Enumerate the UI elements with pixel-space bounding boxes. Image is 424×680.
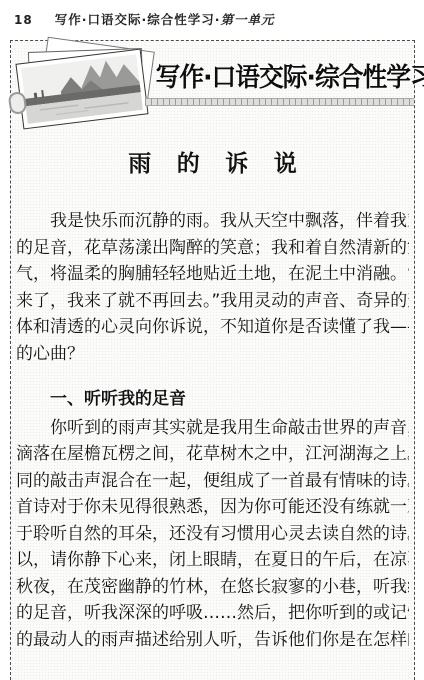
paragraph-line: 的足音，花草荡漾出陶醉的笑意；我和着自然清新的空 [16,235,409,262]
paragraph-line: 同的敲击声混合在一起，便组成了一首最有情味的诗。这 [16,468,409,495]
lesson-title: 雨 的 诉 说 [11,145,414,178]
paragraph-line: 体和清透的心灵向你诉说，不知道你是否读懂了我——雨 [16,314,409,341]
worksheet-page: 写作·口语交际·综合性学习 雨 的 诉 说 我是快乐而沉静的雨。我从天空中飘落，… [10,40,415,636]
paragraph-intro: 我是快乐而沉静的雨。我从天空中飘落，伴着我欢快 的足音，花草荡漾出陶醉的笑意；我… [16,208,409,367]
paragraph-line: 来了，我来了就不再回去。”我用灵动的声音、奇异的形 [16,288,409,315]
paragraph-line: 首诗对于你未见得很熟悉，因为你可能还没有练就一对善 [16,494,409,521]
banner-photo-stack [15,44,157,128]
paragraph-line: 秋夜，在茂密幽静的竹林，在悠长寂寥的小巷，听我纤细 [16,574,409,601]
paragraph-line: 你听到的雨声其实就是我用生命敲击世界的声音，我 [16,415,409,442]
paragraph-line: 的足音，听我深深的呼吸……然后，把你听到的或记忆中 [16,600,409,627]
paragraph-line: 于聆听自然的耳朵，还没有习惯用心灵去读自然的诗。所 [16,521,409,548]
unit-banner: 写作·口语交际·综合性学习 [11,41,414,129]
photo-frame-front [15,49,148,130]
banner-title: 写作·口语交际·综合性学习 [156,57,406,94]
paragraph-line: 气，将温柔的胸脯轻轻地贴近土地，在泥土中消融。“我 [16,261,409,288]
running-header-title: 写作·口语交际·综合性学习·第一单元 [55,9,275,28]
paragraph-line: 的心曲？ [16,341,409,368]
paragraph-line: 的最动人的雨声描述给别人听，告诉他们你是在怎样的一 [16,627,409,637]
running-header: 18 写作·口语交际·综合性学习·第一单元 [14,9,414,28]
running-header-unit: 第一单元 [220,12,274,27]
paragraph-line: 我是快乐而沉静的雨。我从天空中飘落，伴着我欢快 [16,208,409,235]
ruler-tick-marks [145,99,414,105]
lesson-body: 我是快乐而沉静的雨。我从天空中飘落，伴着我欢快 的足音，花草荡漾出陶醉的笑意；我… [11,208,414,636]
ruler-divider [145,98,414,106]
page-number: 18 [14,13,33,27]
paragraph-line: 以，请你静下心来，闭上眼睛，在夏日的午后，在凉凉的 [16,547,409,574]
paragraph-line: 滴落在屋檐瓦楞之间，花草树木之中，江河湖海之上。不 [16,441,409,468]
section-heading: 一、听听我的足音 [16,386,409,413]
paragraph-section1: 你听到的雨声其实就是我用生命敲击世界的声音，我 滴落在屋檐瓦楞之间，花草树木之中… [16,415,409,637]
landscape-photo-icon [21,54,143,124]
